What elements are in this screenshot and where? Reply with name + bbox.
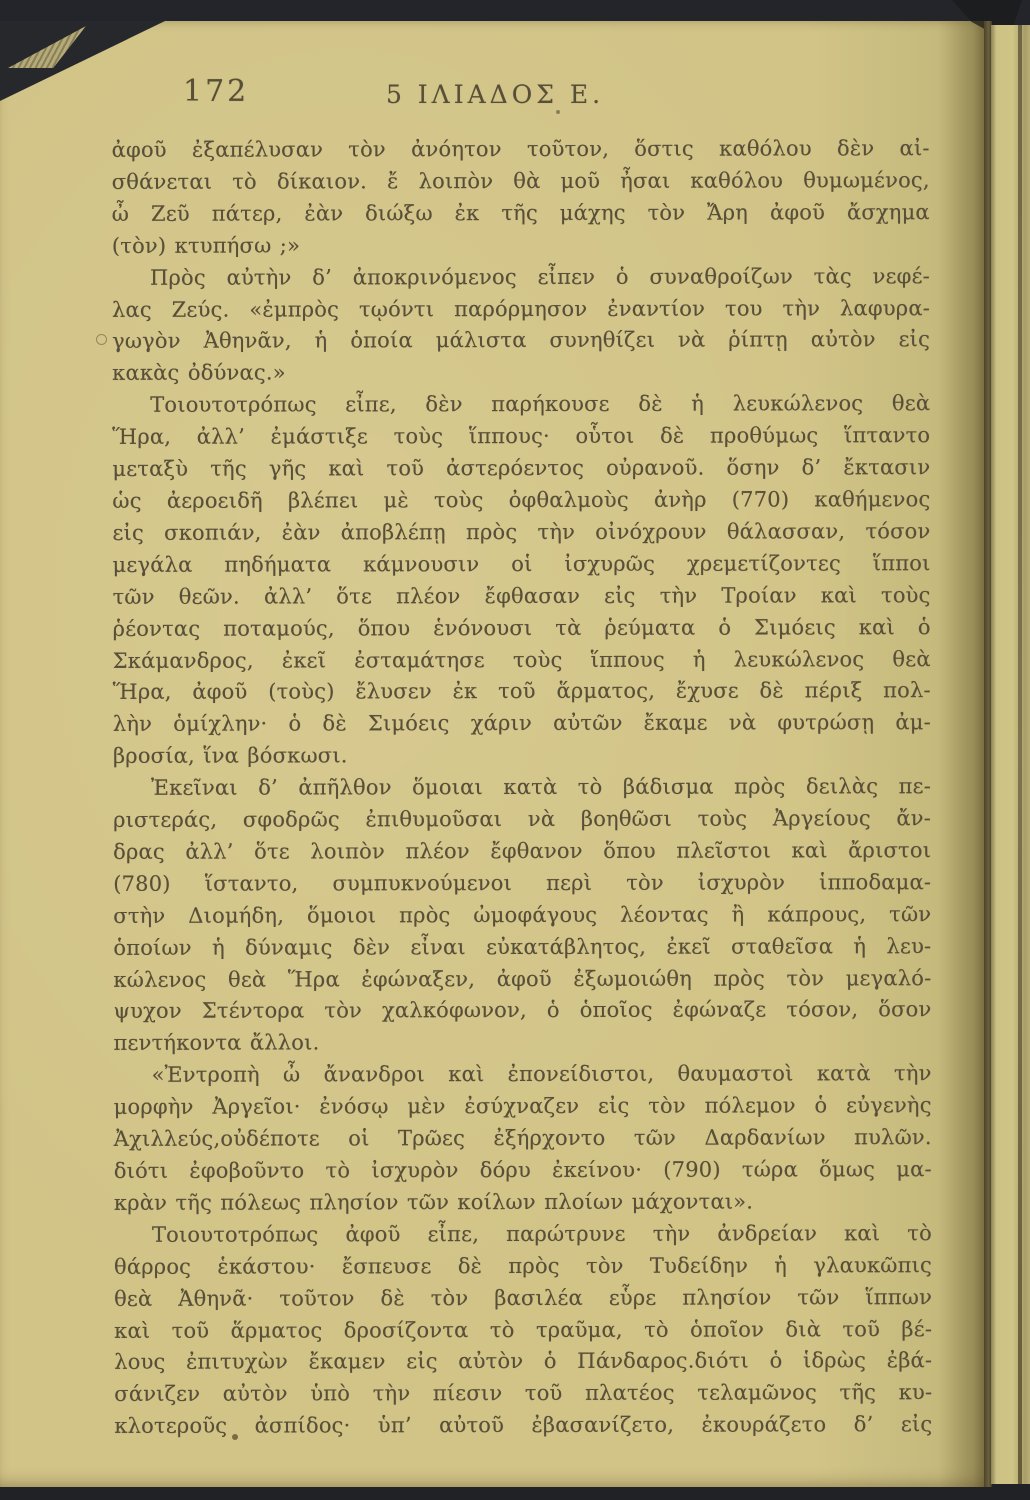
paragraph: ἀφοῦ ἐξαπέλυσαν τὸν ἀνόητον τοῦτον, ὅστι… xyxy=(112,133,930,262)
text-line: θεὰ Ἀθηνᾶ· τοῦτον δὲ τὸν βασιλέα εὗρε πλ… xyxy=(114,1282,932,1316)
text-line: (780) ἵσταντο, συμπυκνούμενοι περὶ τὸν ἰ… xyxy=(113,867,931,901)
text-line: ῥέοντας ποταμούς, ὅπου ἑνόνουσι τὰ ῥεύμα… xyxy=(113,612,931,646)
text-line: ψυχον Στέντορα τὸν χαλκόφωνον, ὁ ὁποῖος … xyxy=(113,995,931,1029)
next-page-edge-line xyxy=(1018,25,1022,1484)
text-line: Τοιουτοτρόπως εἶπε, δὲν παρήκουσε δὲ ἡ λ… xyxy=(112,388,930,422)
page-title: 5 ΙΛΙΑΔΟΣ Ε. xyxy=(310,80,680,109)
text-line: (τὸν) κτυπήσω ;» xyxy=(112,229,930,263)
text-line: ἀφοῦ ἐξαπέλυσαν τὸν ἀνόητον τοῦτον, ὅστι… xyxy=(112,133,930,167)
text-line: εἰς σκοπιάν, ἐὰν ἀποβλέπῃ πρὸς τὴν οἰνόχ… xyxy=(112,516,930,550)
page-number: 172 xyxy=(183,74,249,109)
text-line: ὁποίων ἡ δύναμις δὲν εἶναι εὐκατάβλητος,… xyxy=(113,931,931,965)
text-line: Ἐκεῖναι δ’ ἀπῆλθον ὅμοιαι κατὰ τὸ βάδισμ… xyxy=(113,771,931,805)
text-line: Ἥρα, ἀφοῦ (τοὺς) ἔλυσεν ἐκ τοῦ ἅρματος, … xyxy=(113,676,931,710)
text-line: σάνιζεν αὐτὸν ὑπὸ τὴν πίεσιν τοῦ πλατέος… xyxy=(114,1377,932,1411)
text-line: δρας ἀλλ’ ὅτε λοιπὸν πλέον ἔφθανον ὅπου … xyxy=(113,835,931,869)
text-line: πεντήκοντα ἄλλοι. xyxy=(114,1027,932,1061)
text-line: λους ἐπιτυχὼν ἔκαμεν εἰς αὐτὸν ὁ Πάνδαρο… xyxy=(114,1346,932,1380)
paragraph: Τοιουτοτρόπως ἀφοῦ εἶπε, παρώτρυνε τὴν ἀ… xyxy=(114,1218,932,1443)
paper-stain-speck xyxy=(232,1434,238,1440)
text-line: Ἀχιλλεύς,οὐδέποτε οἱ Τρῶες ἐξήρχοντο τῶν… xyxy=(114,1122,932,1156)
text-line: «Ἐντροπὴ ὦ ἄνανδροι καὶ ἐπονείδιστοι, θα… xyxy=(114,1058,932,1092)
text-line: μεταξὺ τῆς γῆς καὶ τοῦ ἀστερόεντος οὐραν… xyxy=(112,452,930,486)
paper-stain-ring xyxy=(96,334,107,345)
text-line: Ἥρα, ἀλλ’ ἐμάστιξε τοὺς ἵππους· οὗτοι δὲ… xyxy=(112,420,930,454)
text-line: Πρὸς αὐτὴν δ’ ἀποκρινόμενος εἶπεν ὁ συνα… xyxy=(112,261,930,295)
text-line: στὴν Διομήδη, ὅμοιοι πρὸς ὠμοφάγους λέον… xyxy=(113,899,931,933)
paragraph: Ἐκεῖναι δ’ ἀπῆλθον ὅμοιαι κατὰ τὸ βάδισμ… xyxy=(113,771,932,1060)
text-line: διότι ἐφοβοῦντο τὸ ἰσχυρὸν δόρυ ἐκείνου·… xyxy=(114,1154,932,1188)
text-line: σθάνεται τὸ δίκαιον. ἔ λοιπὸν θὰ μοῦ ἦσα… xyxy=(112,165,930,199)
text-line: λας Ζεύς. «ἐμπρὸς τῳόντι παρόρμησον ἐναν… xyxy=(112,293,930,327)
text-line: κρὰν τῆς πόλεως πλησίον τῶν κοίλων πλοίω… xyxy=(114,1186,932,1220)
text-line: μορφὴν Ἀργεῖοι· ἐνόσῳ μὲν ἐσύχναζεν εἰς … xyxy=(114,1090,932,1124)
text-line: βροσία, ἵνα βόσκωσι. xyxy=(113,739,931,773)
text-line: Τοιουτοτρόπως ἀφοῦ εἶπε, παρώτρυνε τὴν ἀ… xyxy=(114,1218,932,1252)
next-page-edge xyxy=(991,25,1030,1484)
gutter-shadow xyxy=(938,21,988,1487)
text-line: γωγὸν Ἀθηνᾶν, ἡ ὁποία μάλιστα συνηθίζει … xyxy=(112,325,930,359)
text-line: ὡς ἀεροειδῆ βλέπει μὲ τοὺς ὀφθαλμοὺς ἀνὴ… xyxy=(112,484,930,518)
text-line: τῶν θεῶν. ἀλλ’ ὅτε πλέον ἔφθασαν εἰς τὴν… xyxy=(113,580,931,614)
book-scan: 172 5 ΙΛΙΑΔΟΣ Ε. ἀφοῦ ἐξαπέλυσαν τὸν ἀνό… xyxy=(0,0,1030,1500)
text-line: λὴν ὁμίχλην· ὁ δὲ Σιμόεις χάριν αὐτῶν ἔκ… xyxy=(113,707,931,741)
text-line: ὦ Ζεῦ πάτερ, ἐὰν διώξω ἐκ τῆς μάχης τὸν … xyxy=(112,197,930,231)
paragraph: «Ἐντροπὴ ὦ ἄνανδροι καὶ ἐπονείδιστοι, θα… xyxy=(114,1058,932,1219)
paper-stain-speck xyxy=(556,110,560,114)
text-line: ριστεράς, σφοδρῶς ἐπιθυμοῦσαι νὰ βοηθῶσι… xyxy=(113,803,931,837)
paragraph: Πρὸς αὐτὴν δ’ ἀποκρινόμενος εἶπεν ὁ συνα… xyxy=(112,261,930,390)
paragraph: Τοιουτοτρόπως εἶπε, δὲν παρήκουσε δὲ ἡ λ… xyxy=(112,388,931,773)
text-line: Σκάμανδρος, ἐκεῖ ἐσταμάτησε τοὺς ἵππους … xyxy=(113,644,931,678)
text-line: κακὰς ὀδύνας.» xyxy=(112,356,930,390)
text-line: μεγάλα πηδήματα κάμνουσιν οἱ ἰσχυρῶς χρε… xyxy=(112,548,930,582)
text-line: κώλενος θεὰ Ἥρα ἐφώναξεν, ἀφοῦ ἐξωμοιώθη… xyxy=(113,963,931,997)
text-line: θάρρος ἑκάστου· ἔσπευσε δὲ πρὸς τὸν Τυδε… xyxy=(114,1250,932,1284)
text-line: καὶ τοῦ ἅρματος δροσίζοντα τὸ τραῦμα, τὸ… xyxy=(114,1314,932,1348)
text-block: ἀφοῦ ἐξαπέλυσαν τὸν ἀνόητον τοῦτον, ὅστι… xyxy=(112,133,933,1443)
